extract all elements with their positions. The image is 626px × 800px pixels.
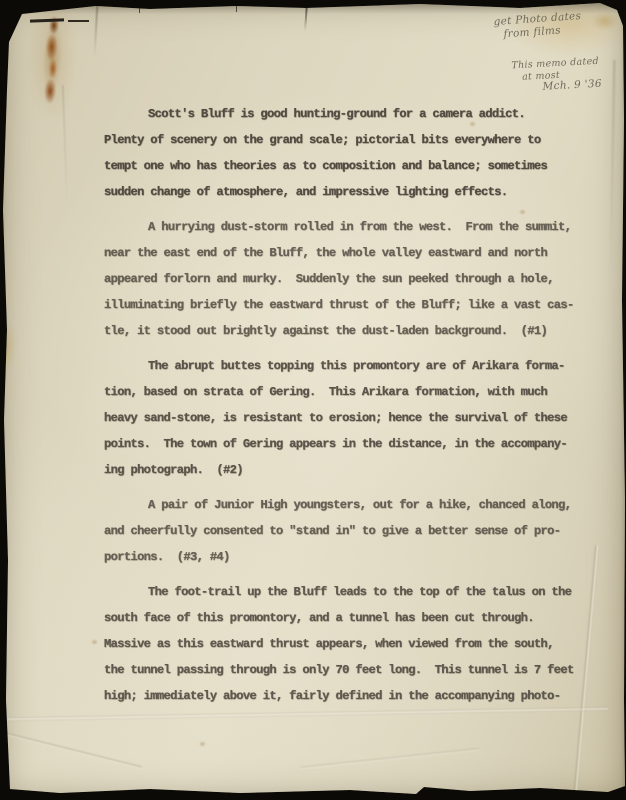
foxing-spot bbox=[470, 122, 475, 126]
typed-paragraph: A pair of Junior High youngsters, out fo… bbox=[104, 492, 584, 570]
paper-crease bbox=[572, 545, 600, 800]
typed-line: illuminating briefly the eastward thrust… bbox=[104, 292, 584, 318]
paper-crease bbox=[0, 730, 142, 769]
paper-crease bbox=[62, 85, 68, 210]
age-stain bbox=[505, 4, 623, 56]
typed-line: and cheerfully consented to "stand in" t… bbox=[104, 518, 584, 544]
foxing-spot bbox=[200, 742, 205, 746]
staple-mark bbox=[68, 20, 89, 22]
typed-line: The foot-trail up the Bluff leads to the… bbox=[104, 579, 584, 605]
typed-line: portions. (#3, #4) bbox=[104, 544, 584, 570]
typed-paragraph: The foot-trail up the Bluff leads to the… bbox=[104, 579, 584, 709]
typed-line: Plenty of scenery on the grand scale; pi… bbox=[104, 127, 584, 153]
paper-crease bbox=[609, 60, 616, 270]
pencil-note-photo-dates: get Photo dates from films bbox=[493, 10, 582, 42]
paper-crease bbox=[300, 748, 479, 770]
typed-line: A hurrying dust-storm rolled in from the… bbox=[104, 214, 584, 240]
age-stain bbox=[592, 12, 618, 30]
pencil-note-line: at most bbox=[512, 67, 602, 83]
paper-sheet: get Photo dates from films This memo dat… bbox=[0, 0, 626, 800]
paper-crease bbox=[8, 707, 608, 721]
typed-line: tion, based on strata of Gering. This Ar… bbox=[104, 379, 584, 405]
typed-line: the tunnel passing through is only 70 fe… bbox=[104, 657, 584, 683]
edge-tear bbox=[139, 4, 140, 13]
typed-paragraph: A hurrying dust-storm rolled in from the… bbox=[104, 214, 584, 344]
paper-crease bbox=[94, 2, 99, 57]
age-stain bbox=[0, 318, 15, 372]
typed-line: The abrupt buttes topping this promontor… bbox=[104, 353, 584, 379]
pencil-note-line: This memo dated bbox=[511, 56, 599, 72]
pencil-note-line: from films bbox=[494, 23, 583, 42]
typed-line: Massive as this eastward thrust appears,… bbox=[104, 631, 584, 657]
rust-stain-halo bbox=[30, 8, 74, 118]
typed-line: points. The town of Gering appears in th… bbox=[104, 431, 584, 457]
typed-line: sudden change of atmosphere, and impress… bbox=[104, 179, 584, 205]
staple-mark bbox=[30, 18, 64, 22]
edge-tear bbox=[304, 3, 307, 31]
typed-line: Scott's Bluff is good hunting-ground for… bbox=[104, 101, 584, 127]
typed-line: south face of this promontory, and a tun… bbox=[104, 605, 584, 631]
pencil-note-line: get Photo dates bbox=[493, 10, 581, 28]
scanned-document-view: get Photo dates from films This memo dat… bbox=[0, 0, 626, 800]
edge-tear bbox=[236, 5, 237, 12]
typed-line: appeared forlorn and murky. Suddenly the… bbox=[104, 266, 584, 292]
typed-paragraph: The abrupt buttes topping this promontor… bbox=[104, 353, 584, 483]
typed-line: tle, it stood out brightly against the d… bbox=[104, 318, 584, 344]
typed-line: ing photograph. (#2) bbox=[104, 457, 584, 483]
typed-text-block: Scott's Bluff is good hunting-ground for… bbox=[104, 101, 584, 709]
typed-line: A pair of Junior High youngsters, out fo… bbox=[104, 492, 584, 518]
typed-line: heavy sand-stone, is resistant to erosio… bbox=[104, 405, 584, 431]
pencil-note-dated: This memo dated at most Mch. 9 '36 bbox=[511, 56, 602, 95]
typed-line: tempt one who has theories as to composi… bbox=[104, 153, 584, 179]
typed-line: near the east end of the Bluff, the whol… bbox=[104, 240, 584, 266]
typed-line: high; immediately above it, fairly defin… bbox=[104, 683, 584, 709]
pencil-note-line: Mch. 9 '36 bbox=[512, 79, 602, 95]
typed-paragraph: Scott's Bluff is good hunting-ground for… bbox=[104, 101, 584, 205]
rust-stain bbox=[40, 16, 65, 111]
foxing-spot bbox=[520, 210, 525, 214]
foxing-spot bbox=[92, 640, 97, 644]
